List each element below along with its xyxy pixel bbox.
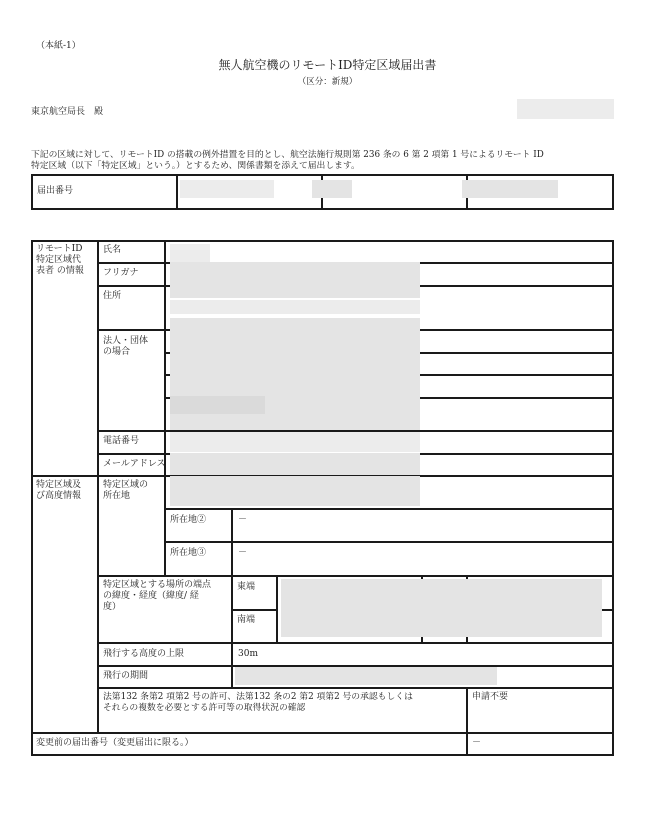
redacted-location1 xyxy=(170,476,420,506)
permit-label-l2: それらの複数を必要とする許可等の取得状況の確認 xyxy=(103,703,305,713)
permit-label-l1: 法第132 条第2 項第2 号の許可、法第132 条の2 第2 項第2 号の承認… xyxy=(103,692,413,702)
east-label: 東端 xyxy=(237,582,255,592)
address-label: 住所 xyxy=(103,291,121,301)
intro-text-line2: 特定区域（以下「特定区域」という。）とするため、関係書類を添えて届出します。 xyxy=(31,161,360,171)
south-label: 南端 xyxy=(237,615,255,625)
corporate-label-l1: 法人・団体 xyxy=(103,336,148,346)
redacted-filing-number-3 xyxy=(462,180,558,198)
previous-number-label: 変更前の届出番号（変更届出に限る。） xyxy=(36,738,194,748)
category-label: （区分：新規） xyxy=(0,78,655,88)
period-label: 飛行の期間 xyxy=(103,671,148,681)
permit-value: 申請不要 xyxy=(472,692,508,702)
location3-value: － xyxy=(238,548,247,558)
redacted-email xyxy=(170,453,420,475)
redacted-corporate-detail xyxy=(170,396,265,414)
name-label: 氏名 xyxy=(103,245,121,255)
altitude-value: 30m xyxy=(238,649,258,659)
previous-number-value: － xyxy=(472,738,481,748)
location3-label: 所在地③ xyxy=(170,548,206,558)
redacted-address xyxy=(170,300,420,314)
redacted-furigana-address xyxy=(170,262,420,298)
area-section-label-l1: 特定区域及 xyxy=(36,480,81,490)
addressee: 東京航空局長 殿 xyxy=(31,107,103,117)
redacted-coordinates xyxy=(281,579,602,637)
representative-section-label-l3: 表者 の情報 xyxy=(36,266,84,276)
form-id: （本紙-1） xyxy=(36,41,81,51)
redacted-date xyxy=(517,99,614,119)
email-label: メールアドレス xyxy=(103,459,166,469)
location2-value: － xyxy=(238,515,247,525)
filing-number-label: 届出番号 xyxy=(37,186,73,196)
endpoint-label-l1: 特定区域とする場所の端点 xyxy=(103,580,211,590)
redacted-period xyxy=(235,667,497,685)
redacted-name xyxy=(170,244,210,262)
location-label-l1: 特定区域の xyxy=(103,480,148,490)
location-label-l2: 所在地 xyxy=(103,491,130,501)
area-section-label-l2: び高度情報 xyxy=(36,491,81,501)
location2-label: 所在地② xyxy=(170,515,206,525)
redacted-filing-number-1 xyxy=(180,180,274,198)
phone-label: 電話番号 xyxy=(103,436,139,446)
altitude-label: 飛行する高度の上限 xyxy=(103,649,184,659)
redacted-phone xyxy=(170,432,420,452)
representative-section-label-l1: リモートID xyxy=(36,244,82,254)
redacted-filing-number-2 xyxy=(312,180,352,198)
endpoint-label-l2: の緯度・経度（緯度/ 経 xyxy=(103,591,199,601)
intro-text-line1: 下記の区域に対して、リモートID の搭載の例外措置を目的とし、航空法施行規則第 … xyxy=(31,150,544,160)
representative-section-label-l2: 特定区域代 xyxy=(36,255,81,265)
page-title: 無人航空機のリモートID特定区域届出書 xyxy=(0,59,655,73)
endpoint-label-l3: 度） xyxy=(103,602,121,612)
corporate-label-l2: の場合 xyxy=(103,347,130,357)
furigana-label: フリガナ xyxy=(103,268,139,278)
